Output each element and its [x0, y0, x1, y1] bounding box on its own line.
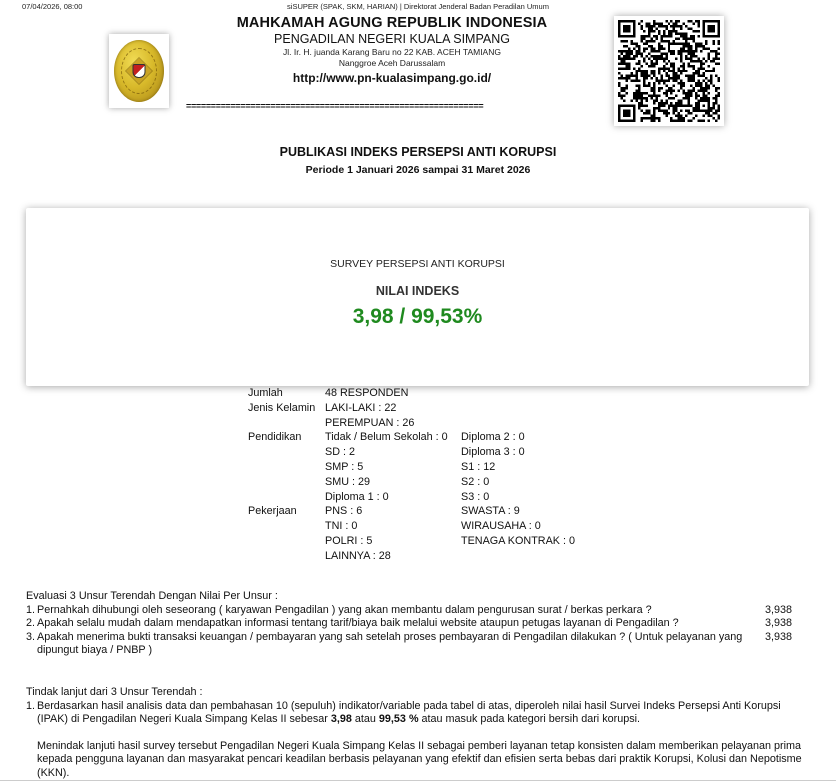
education-item: SMP : 5	[325, 460, 461, 475]
follow-up-paragraph-2: Menindak lanjuti hasil survey tersebut P…	[37, 740, 812, 781]
education-label: Pendidikan	[248, 430, 325, 445]
follow-up-percent: 99,53 %	[379, 713, 419, 725]
job-item: PNS : 6	[325, 504, 461, 519]
page-bottom-rule	[0, 780, 836, 781]
court-province: Nanggroe Aceh Darussalam	[180, 58, 604, 69]
evaluation-score: 3,938	[765, 617, 792, 631]
evaluation-question: Pernahkah dihubungi oleh seseorang ( kar…	[37, 604, 765, 618]
job-item: TNI : 0	[325, 519, 461, 534]
evaluation-item: 2. Apakah selalu mudah dalam mendapatkan…	[26, 617, 806, 631]
education-item: S2 : 0	[461, 475, 575, 490]
education-item: SD : 2	[325, 445, 461, 460]
evaluation-item: 3. Apakah menerima bukti transaksi keuan…	[26, 631, 806, 658]
education-item: Diploma 3 : 0	[461, 445, 575, 460]
qr-code-icon	[618, 20, 720, 122]
print-source: siSUPER (SPAK, SKM, HARIAN) | Direktorat…	[0, 2, 836, 11]
follow-up-score: 3,98	[331, 713, 352, 725]
gender-female: PEREMPUAN : 26	[325, 416, 575, 431]
index-card-subtitle: SURVEY PERSEPSI ANTI KORUPSI	[26, 258, 809, 270]
court-address: Jl. Ir. H. juanda Karang Baru no 22 KAB.…	[180, 47, 604, 58]
evaluation-item: 1. Pernahkah dihubungi oleh seseorang ( …	[26, 604, 806, 618]
evaluation-section: Evaluasi 3 Unsur Terendah Dengan Nilai P…	[26, 590, 806, 658]
mahkamah-agung-seal-icon	[114, 40, 164, 102]
court-website[interactable]: http://www.pn-kualasimpang.go.id/	[180, 70, 604, 86]
gender-male: LAKI-LAKI : 22	[325, 401, 575, 416]
education-item: Tidak / Belum Sekolah : 0	[325, 430, 461, 445]
index-card-label: NILAI INDEKS	[26, 284, 809, 298]
respondent-summary: Jumlah 48 RESPONDEN Jenis Kelamin LAKI-L…	[248, 386, 575, 564]
court-logo	[109, 34, 169, 108]
follow-up-heading: Tindak lanjut dari 3 Unsur Terendah :	[26, 686, 812, 700]
job-item: SWASTA : 9	[461, 504, 575, 519]
follow-up-section: Tindak lanjut dari 3 Unsur Terendah : 1.…	[26, 686, 812, 780]
qr-code	[614, 16, 724, 126]
follow-up-paragraph-1: Berdasarkan hasil analisis data dan pemb…	[37, 700, 812, 727]
institution-name: MAHKAMAH AGUNG REPUBLIK INDONESIA	[180, 14, 604, 32]
job-item: POLRI : 5	[325, 534, 461, 549]
education-item: Diploma 2 : 0	[461, 430, 575, 445]
print-header: 07/04/2026, 08:00 siSUPER (SPAK, SKM, HA…	[0, 2, 836, 14]
index-card: SURVEY PERSEPSI ANTI KORUPSI NILAI INDEK…	[26, 208, 809, 386]
job-item: LAINNYA : 28	[325, 549, 461, 564]
index-value: 3,98 / 99,53%	[26, 305, 809, 329]
header-separator: ========================================…	[186, 101, 483, 111]
education-item: SMU : 29	[325, 475, 461, 490]
evaluation-score: 3,938	[765, 604, 792, 618]
education-item: S1 : 12	[461, 460, 575, 475]
document-period: Periode 1 Januari 2026 sampai 31 Maret 2…	[0, 164, 836, 176]
jumlah-label: Jumlah	[248, 386, 325, 401]
document-title: PUBLIKASI INDEKS PERSEPSI ANTI KORUPSI	[0, 145, 836, 159]
gender-label: Jenis Kelamin	[248, 401, 325, 416]
court-name: PENGADILAN NEGERI KUALA SIMPANG	[180, 32, 604, 47]
jumlah-value: 48 RESPONDEN	[325, 386, 575, 401]
evaluation-question: Apakah selalu mudah dalam mendapatkan in…	[37, 617, 765, 631]
evaluation-question: Apakah menerima bukti transaksi keuangan…	[37, 631, 765, 658]
job-label: Pekerjaan	[248, 504, 325, 519]
letterhead: MAHKAMAH AGUNG REPUBLIK INDONESIA PENGAD…	[180, 14, 604, 86]
education-item: S3 : 0	[461, 490, 575, 505]
job-item: TENAGA KONTRAK : 0	[461, 534, 575, 549]
education-item: Diploma 1 : 0	[325, 490, 461, 505]
evaluation-score: 3,938	[765, 631, 792, 658]
evaluation-heading: Evaluasi 3 Unsur Terendah Dengan Nilai P…	[26, 590, 806, 604]
job-item: WIRAUSAHA : 0	[461, 519, 575, 534]
